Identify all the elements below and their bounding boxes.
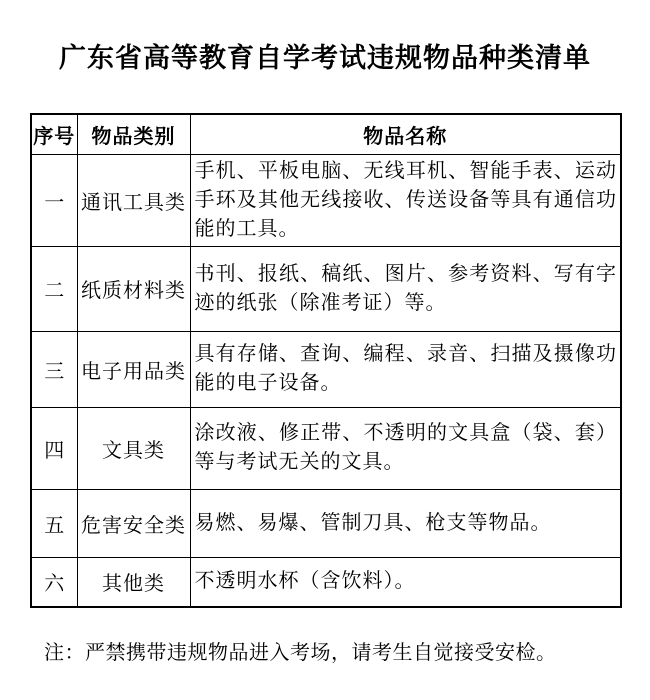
page-title: 广东省高等教育自学考试违规物品种类清单 [0,36,650,75]
row-items: 书刊、报纸、稿纸、图片、参考资料、写有字迹的纸张（除准考证）等。 [190,246,621,331]
row-category: 危害安全类 [77,489,190,557]
row-category: 电子用品类 [77,331,190,407]
row-index: 五 [31,489,77,557]
header-cell-name: 物品名称 [190,114,621,154]
table-row: 三 电子用品类 具有存储、查询、编程、录音、扫描及摄像功能的电子设备。 [31,331,621,407]
row-index: 三 [31,331,77,407]
row-index: 二 [31,246,77,331]
prohibited-items-table: 序号 物品类别 物品名称 一 通讯工具类 手机、平板电脑、无线耳机、智能手表、运… [30,113,622,608]
table-row: 四 文具类 涂改液、修正带、不透明的文具盒（袋、套）等与考试无关的文具。 [31,407,621,489]
table-header-row: 序号 物品类别 物品名称 [31,114,621,154]
table-row: 二 纸质材料类 书刊、报纸、稿纸、图片、参考资料、写有字迹的纸张（除准考证）等。 [31,246,621,331]
row-category: 文具类 [77,407,190,489]
row-category: 其他类 [77,557,190,607]
row-index: 四 [31,407,77,489]
row-items: 易燃、易爆、管制刀具、枪支等物品。 [190,489,621,557]
row-category: 纸质材料类 [77,246,190,331]
header-cell-index: 序号 [31,114,77,154]
table-row: 六 其他类 不透明水杯（含饮料）。 [31,557,621,607]
document-page: 广东省高等教育自学考试违规物品种类清单 序号 物品类别 物品名称 一 通讯工具类… [0,0,650,700]
table-row: 五 危害安全类 易燃、易爆、管制刀具、枪支等物品。 [31,489,621,557]
row-items: 不透明水杯（含饮料）。 [190,557,621,607]
footer-note: 注：严禁携带违规物品进入考场，请考生自觉接受安检。 [44,636,557,665]
table-row: 一 通讯工具类 手机、平板电脑、无线耳机、智能手表、运动手环及其他无线接收、传送… [31,154,621,246]
row-items: 涂改液、修正带、不透明的文具盒（袋、套）等与考试无关的文具。 [190,407,621,489]
row-items: 手机、平板电脑、无线耳机、智能手表、运动手环及其他无线接收、传送设备等具有通信功… [190,154,621,246]
row-index: 六 [31,557,77,607]
row-index: 一 [31,154,77,246]
row-items: 具有存储、查询、编程、录音、扫描及摄像功能的电子设备。 [190,331,621,407]
header-cell-category: 物品类别 [77,114,190,154]
row-category: 通讯工具类 [77,154,190,246]
